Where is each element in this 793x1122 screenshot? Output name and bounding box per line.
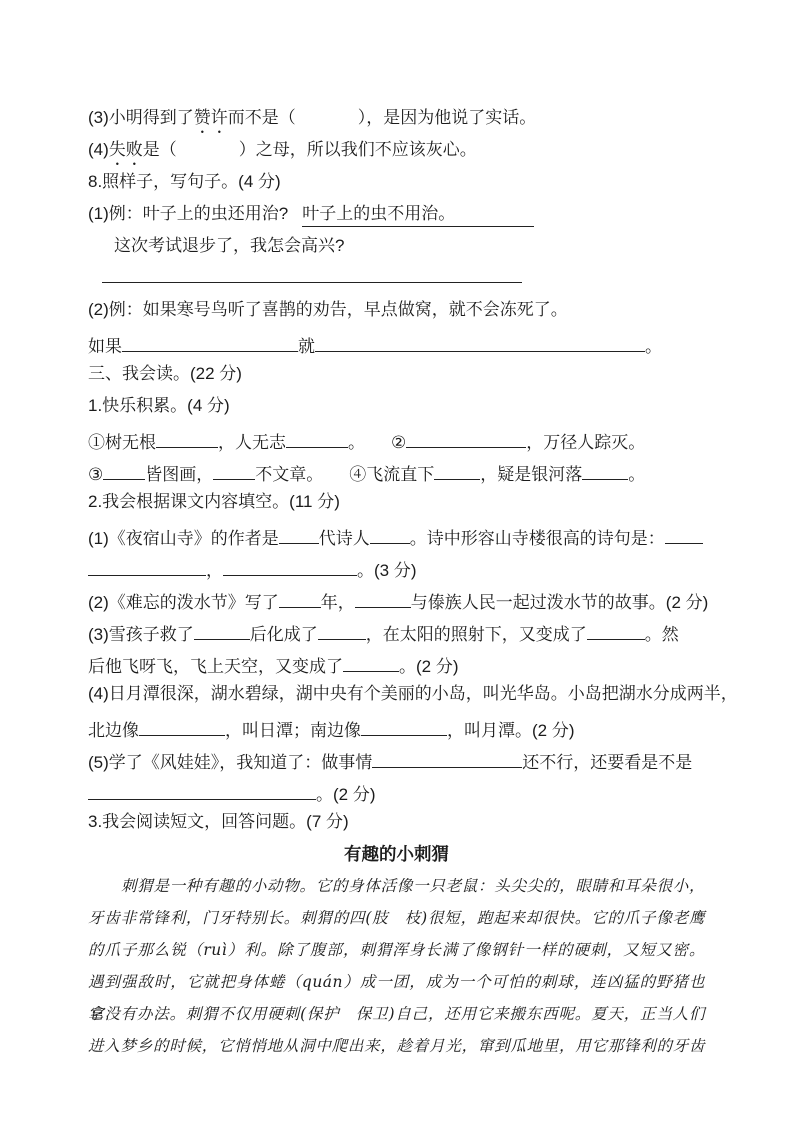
q8-item-2-example: (2)例：如果寒号鸟听了喜鹊的劝告，早点做窝，就不会冻死了。 xyxy=(88,294,705,326)
text-segment: 皆图画， xyxy=(145,465,213,484)
text-segment: 年， xyxy=(321,593,355,612)
fill-in-blank[interactable] xyxy=(286,422,348,448)
text-segment: 三、我会读。(22 分) xyxy=(88,364,242,383)
text-segment: (1)例：叶子上的虫还用治? xyxy=(88,204,288,223)
text-segment: 代诗人 xyxy=(319,529,370,548)
text-segment: 进入梦乡的时候，它悄悄地从洞中爬出来，趁着月光，窜到瓜地里，用它那锋利的牙齿 xyxy=(88,1037,705,1055)
text-segment: 它没有办法。刺猬不仅用硬刺(保护 保卫)自己，还用它来搬东西呢。夏天，正当人们 xyxy=(88,1005,705,1023)
answer-space[interactable] xyxy=(288,217,302,219)
text-segment: ② xyxy=(391,433,406,452)
text-segment: (1)《夜宿山寺》的作者是 xyxy=(88,529,279,548)
text-segment: 8.照样子，写句子。(4 分) xyxy=(88,172,281,191)
fill-in-blank[interactable] xyxy=(102,264,522,283)
text-segment: 北边像 xyxy=(88,721,139,740)
fill-in-blank[interactable] xyxy=(665,518,703,544)
text-segment: ，万径人踪灭。 xyxy=(526,433,645,452)
fill-in-blank[interactable] xyxy=(343,646,399,672)
q2-item-3-cont: 后他飞呀飞，飞上天空，又变成了。(2 分) xyxy=(88,646,705,678)
fill-in-blank[interactable] xyxy=(139,710,225,736)
text-segment: (3)雪孩子救了 xyxy=(88,625,194,644)
q1-header: 1.快乐积累。(4 分) xyxy=(88,390,705,422)
text-segment: ，在太阳的照射下，又变成了 xyxy=(366,625,587,644)
passage-line-6: 进入梦乡的时候，它悄悄地从洞中爬出来，趁着月光，窜到瓜地里，用它那锋利的牙齿 xyxy=(88,1030,705,1062)
q2-item-2: (2)《难忘的泼水节》写了年，与傣族人民一起过泼水节的故事。(2 分) xyxy=(88,582,705,614)
passage-line-1: 刺猬是一种有趣的小动物。它的身体活像一只老鼠：头尖尖的，眼睛和耳朵很小， xyxy=(88,870,705,902)
q2-header: 2.我会根据课文内容填空。(11 分) xyxy=(88,486,705,518)
q8-item-2-answer: 如果就。 xyxy=(88,326,705,358)
fill-in-blank[interactable] xyxy=(318,614,366,640)
text-segment: 。 xyxy=(628,465,645,484)
section-3-header: 三、我会读。(22 分) xyxy=(88,358,705,390)
text-segment: 。 xyxy=(645,337,662,356)
filled-answer-blank[interactable]: 叶子上的虫不用治。 xyxy=(302,201,534,227)
text-segment: ，叫日潭；南边像 xyxy=(225,721,361,740)
text-segment: (2)例：如果寒号鸟听了喜鹊的劝告，早点做窝，就不会冻死了。 xyxy=(88,300,568,319)
text-segment: 还不行，还要看是不是 xyxy=(522,753,692,772)
answer-space[interactable] xyxy=(177,153,239,155)
passage-line-3: 的爪子那么锐（ruì）利。除了腹部，刺猬浑身长满了像钢针一样的硬刺，又短又密。 xyxy=(88,934,705,966)
text-segment: 。(2 分) xyxy=(316,785,376,804)
fill-in-blank[interactable] xyxy=(88,550,206,576)
fill-in-blank[interactable] xyxy=(213,454,255,480)
text-segment: 这次考试退步了，我怎会高兴? xyxy=(114,236,344,255)
q3-header: 3.我会阅读短文，回答问题。(7 分) xyxy=(88,806,705,838)
emphasized-text: 赞许 xyxy=(194,108,228,127)
document-body: (3)小明得到了赞许而不是（），是因为他说了实话。(4)失败是（）之母，所以我们… xyxy=(88,102,705,1062)
text-segment: 与傣族人民一起过泼水节的故事。(2 分) xyxy=(411,593,709,612)
q7-item-4: (4)失败是（）之母，所以我们不应该灰心。 xyxy=(88,134,705,166)
q2-item-4: (4)日月潭很深，湖水碧绿，湖中央有个美丽的小岛，叫光华岛。小岛把湖水分成两半， xyxy=(88,678,705,710)
text-segment: (5)学了《风娃娃》，我知道了：做事情 xyxy=(88,753,372,772)
answer-space[interactable] xyxy=(365,446,391,448)
fill-in-blank[interactable] xyxy=(88,774,316,800)
text-segment: 是（ xyxy=(143,140,177,159)
q2-item-3: (3)雪孩子救了后化成了，在太阳的照射下，又变成了。然 xyxy=(88,614,705,646)
text-segment: ，人无志 xyxy=(218,433,286,452)
text-segment: 3.我会阅读短文，回答问题。(7 分) xyxy=(88,812,349,831)
fill-in-blank[interactable] xyxy=(372,742,522,768)
fill-in-blank[interactable] xyxy=(434,454,480,480)
fill-in-blank[interactable] xyxy=(355,582,411,608)
text-segment: ），是因为他说了实话。 xyxy=(358,108,537,127)
text-segment: ）之母，所以我们不应该灰心。 xyxy=(239,140,477,159)
text-segment: ， xyxy=(206,561,223,580)
fill-in-blank[interactable] xyxy=(582,454,628,480)
q1-line-2: ③皆图画，不文章。④飞流直下，疑是银河落。 xyxy=(88,454,705,486)
fill-in-blank[interactable] xyxy=(122,326,298,352)
fill-in-blank[interactable] xyxy=(223,550,357,576)
text-segment: 。(3 分) xyxy=(357,561,417,580)
q8-item-1-example: (1)例：叶子上的虫还用治?叶子上的虫不用治。 xyxy=(88,198,705,230)
passage-title: 有趣的小刺猬 xyxy=(88,838,705,870)
emphasized-text: 失败 xyxy=(109,140,143,159)
text-segment: 。 xyxy=(348,433,365,452)
q2-item-1-cont: ，。(3 分) xyxy=(88,550,705,582)
text-segment: 。诗中形容山寺楼很高的诗句是： xyxy=(410,529,665,548)
text-segment: (3)小明得到了 xyxy=(88,108,194,127)
answer-space[interactable] xyxy=(296,121,358,123)
q1-line-1: ①树无根，人无志。②，万径人踪灭。 xyxy=(88,422,705,454)
fill-in-blank[interactable] xyxy=(587,614,645,640)
text-segment: 后化成了 xyxy=(250,625,318,644)
passage-line-4: 遇到强敌时，它就把身体蜷（quán）成一团，成为一个可怕的刺球，连凶猛的野猪也拿 xyxy=(88,966,705,998)
text-segment: 的爪子那么锐（ruì）利。除了腹部，刺猬浑身长满了像钢针一样的硬刺，又短又密。 xyxy=(88,941,705,959)
fill-in-blank[interactable] xyxy=(406,422,526,448)
text-segment: (4) xyxy=(88,140,109,159)
answer-space[interactable] xyxy=(88,281,102,283)
text-segment: ③ xyxy=(88,465,103,484)
fill-in-blank[interactable] xyxy=(156,422,218,448)
fill-in-blank[interactable] xyxy=(103,454,145,480)
text-segment: 而不是（ xyxy=(228,108,296,127)
text-segment: 后他飞呀飞，飞上天空，又变成了 xyxy=(88,657,343,676)
text-segment: 2.我会根据课文内容填空。(11 分) xyxy=(88,492,340,511)
fill-in-blank[interactable] xyxy=(370,518,410,544)
passage-line-5: 它没有办法。刺猬不仅用硬刺(保护 保卫)自己，还用它来搬东西呢。夏天，正当人们 xyxy=(88,998,705,1030)
q2-item-4-cont: 北边像，叫日潭；南边像，叫月潭。(2 分) xyxy=(88,710,705,742)
text-segment: (4)日月潭很深，湖水碧绿，湖中央有个美丽的小岛，叫光华岛。小岛把湖水分成两半， xyxy=(88,684,738,703)
passage-line-2: 牙齿非常锋利，门牙特别长。刺猬的四(肢 枝)很短，跑起来却很快。它的爪子像老鹰 xyxy=(88,902,705,934)
q2-item-5: (5)学了《风娃娃》，我知道了：做事情还不行，还要看是不是 xyxy=(88,742,705,774)
text-segment: 不文章。 xyxy=(255,465,323,484)
text-segment: ，叫月潭。(2 分) xyxy=(447,721,575,740)
fill-in-blank[interactable] xyxy=(279,518,319,544)
text-segment: ①树无根 xyxy=(88,433,156,452)
text-segment: 1.快乐积累。(4 分) xyxy=(88,396,230,415)
text-segment: 就 xyxy=(298,337,315,356)
text-segment: 。(2 分) xyxy=(399,657,459,676)
fill-in-blank[interactable] xyxy=(279,582,321,608)
q8-header: 8.照样子，写句子。(4 分) xyxy=(88,166,705,198)
q7-item-3: (3)小明得到了赞许而不是（），是因为他说了实话。 xyxy=(88,102,705,134)
text-segment: (2)《难忘的泼水节》写了 xyxy=(88,593,279,612)
fill-in-blank[interactable] xyxy=(361,710,447,736)
q8-item-1-answer-line xyxy=(88,262,705,294)
q2-item-1: (1)《夜宿山寺》的作者是代诗人。诗中形容山寺楼很高的诗句是： xyxy=(88,518,705,550)
text-segment: 。然 xyxy=(645,625,679,644)
fill-in-blank[interactable] xyxy=(194,614,250,640)
text-segment: ，疑是银河落 xyxy=(480,465,582,484)
answer-space[interactable] xyxy=(323,478,349,480)
fill-in-blank[interactable] xyxy=(315,326,645,352)
text-segment: 刺猬是一种有趣的小动物。它的身体活像一只老鼠：头尖尖的，眼睛和耳朵很小， xyxy=(121,877,705,895)
text-segment: 有趣的小刺猬 xyxy=(344,844,449,864)
q8-item-1-prompt: 这次考试退步了，我怎会高兴? xyxy=(88,230,705,262)
q2-item-5-cont: 。(2 分) xyxy=(88,774,705,806)
exam-document: (3)小明得到了赞许而不是（），是因为他说了实话。(4)失败是（）之母，所以我们… xyxy=(0,0,793,1062)
text-segment: ④飞流直下 xyxy=(349,465,434,484)
text-segment: 牙齿非常锋利，门牙特别长。刺猬的四(肢 枝)很短，跑起来却很快。它的爪子像老鹰 xyxy=(88,909,705,927)
text-segment: 如果 xyxy=(88,337,122,356)
